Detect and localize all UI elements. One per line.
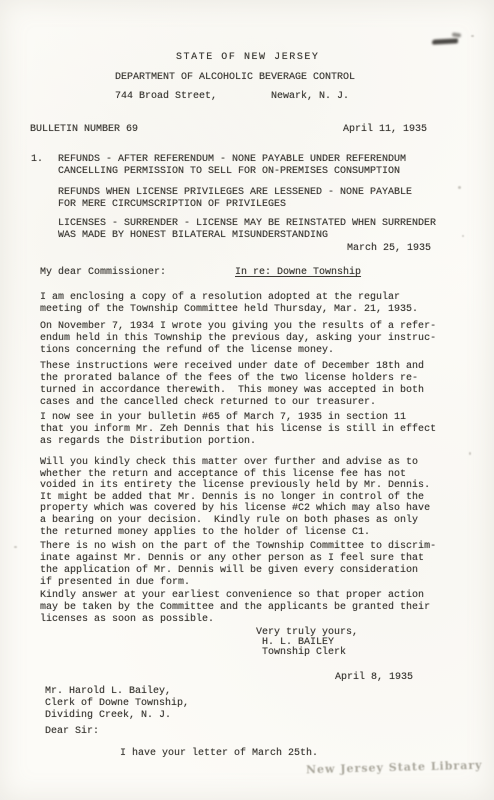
paper-speck xyxy=(458,186,461,189)
bulletin-date: April 11, 1935 xyxy=(343,124,427,136)
bulletin-number: BULLETIN NUMBER 69 xyxy=(30,124,138,136)
letter-salutation: My dear Commissioner: xyxy=(40,267,166,279)
letterhead-department: DEPARTMENT OF ALCOHOLIC BEVERAGE CONTROL xyxy=(115,72,355,84)
subject-headnote-licenses-surrender: LICENSES - SURRENDER - LICENSE MAY BE RE… xyxy=(58,218,436,242)
reply-address-block: Mr. Harold L. Bailey, Clerk of Downe Tow… xyxy=(45,686,189,722)
pencil-smudge xyxy=(432,38,458,44)
paper-speck xyxy=(469,452,471,455)
letter-paragraph-7: Kindly answer at your earliest convenien… xyxy=(40,590,430,626)
reply-date: April 8, 1935 xyxy=(335,672,413,684)
paper-speck xyxy=(14,546,17,548)
letterhead-state: STATE OF NEW JERSEY xyxy=(176,52,319,64)
letter-paragraph-4: I now see in your bulletin #65 of March … xyxy=(40,412,436,448)
letter-paragraph-5: Will you kindly check this matter over f… xyxy=(40,457,430,538)
subject-headnote-refunds-lessened: REFUNDS WHEN LICENSE PRIVILEGES ARE LESS… xyxy=(58,187,412,211)
paper-speck xyxy=(462,235,464,237)
letter-paragraph-6: There is no wish on the part of the Town… xyxy=(40,541,436,589)
letter-paragraph-1: I am enclosing a copy of a resolution ad… xyxy=(40,292,418,316)
letterhead-address: 744 Broad Street, Newark, N. J. xyxy=(115,91,349,103)
letter-paragraph-2: On November 7, 1934 I wrote you giving y… xyxy=(40,321,436,357)
subject-headnote-refunds-referendum: REFUNDS - AFTER REFERENDUM - NONE PAYABL… xyxy=(58,154,406,178)
letter-date: March 25, 1935 xyxy=(347,243,431,255)
letter-closing-signature: Very truly yours, H. L. BAILEY Township … xyxy=(256,628,358,659)
paper-speck xyxy=(471,35,474,37)
letter-paragraph-3: These instructions were received under d… xyxy=(40,361,424,409)
subject-item-number: 1. xyxy=(31,154,43,166)
reply-salutation: Dear Sir: xyxy=(45,726,99,738)
pencil-smudge xyxy=(452,32,461,37)
scanned-letter-page: STATE OF NEW JERSEY DEPARTMENT OF ALCOHO… xyxy=(0,0,494,800)
library-stamp: New Jersey State Library xyxy=(306,760,483,777)
letter-subject-line: In re: Downe Township xyxy=(235,267,361,279)
reply-opening-line: I have your letter of March 25th. xyxy=(120,748,318,760)
